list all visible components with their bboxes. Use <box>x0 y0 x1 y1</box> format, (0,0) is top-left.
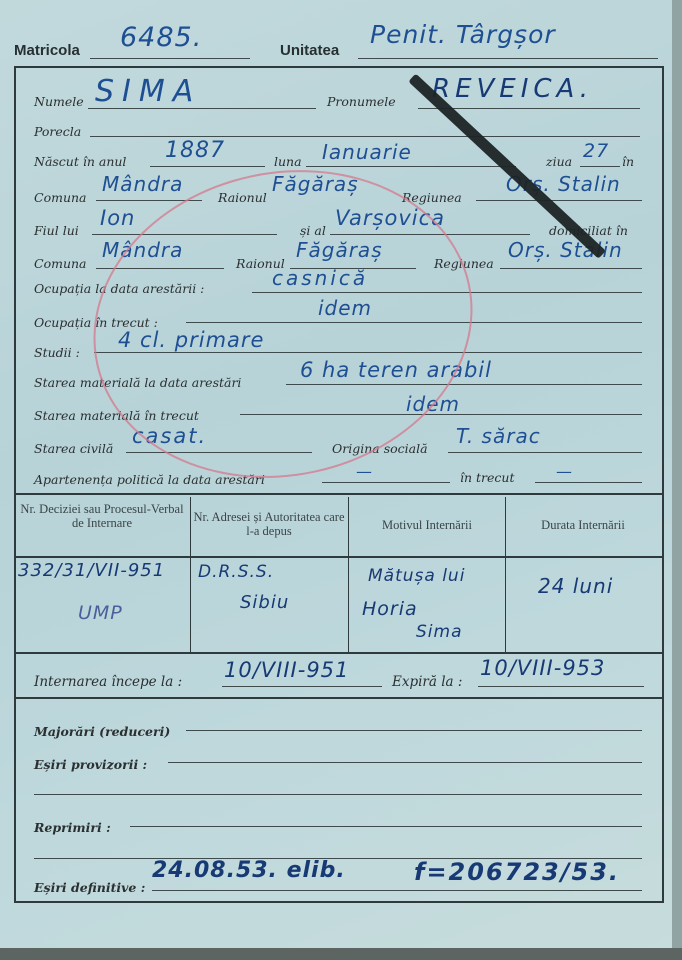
header-durata: Durata Internării <box>507 518 659 532</box>
apartenenta-trecut-value: — <box>556 462 573 481</box>
col-divider-1 <box>190 497 191 652</box>
iesiri-def-line <box>152 890 642 891</box>
porecla-label: Porecla <box>34 124 81 139</box>
regiunea-line <box>476 200 642 201</box>
unitatea-line <box>358 58 658 59</box>
header-motiv: Motivul Internării <box>350 518 504 532</box>
motiv-line2: Horia <box>362 598 418 620</box>
iesiri-def-value: 24.08.53. elib. <box>152 858 346 883</box>
header-adresa: Nr. Adresei și Autoritatea care l-a depu… <box>192 510 346 538</box>
unitatea-label: Unitatea <box>280 42 339 59</box>
apartenenta-trecut-label: în trecut <box>460 470 515 485</box>
in-label: în <box>622 154 634 169</box>
reprimiri-line <box>130 826 642 827</box>
luna-line <box>306 166 516 167</box>
incepe-label: Internarea începe la : <box>34 674 182 690</box>
expira-line <box>478 686 644 687</box>
nascut-value: 1887 <box>165 138 225 163</box>
expira-value: 10/VIII-953 <box>480 656 605 680</box>
numele-value: SIMA <box>95 74 201 109</box>
iesiri-def-ref: f=206723/53. <box>414 858 620 886</box>
luna-value: Ianuarie <box>322 140 412 164</box>
header-decizie: Nr. Deciziei sau Procesul-Verbal de Inte… <box>16 502 188 530</box>
majorari-label: Majorări (reduceri) <box>34 724 170 739</box>
ziua-label: ziua <box>546 154 572 169</box>
dom-regiunea-value: Orș. Stalin <box>508 238 623 262</box>
luna-label: luna <box>274 154 302 169</box>
matricola-line <box>90 58 250 59</box>
incepe-value: 10/VIII-951 <box>224 658 349 682</box>
iesiri-prov-line <box>168 762 642 763</box>
iesiri-def-label: Eșiri definitive : <box>34 880 145 895</box>
fiul-label: Fiul lui <box>34 223 79 238</box>
origina-value: T. sărac <box>456 424 541 448</box>
iesiri-prov-label: Eșiri provizorii : <box>34 757 147 772</box>
table-header-divider <box>14 556 664 558</box>
ziua-line <box>580 166 620 167</box>
origina-line <box>448 452 642 453</box>
nascut-line <box>150 166 265 167</box>
matricola-label: Matricola <box>14 42 80 59</box>
porecla-line <box>90 136 640 137</box>
motiv-line3: Sima <box>416 622 463 642</box>
numele-label: Numele <box>34 94 84 109</box>
pronumele-value: REVEICA. <box>432 74 593 104</box>
unitatea-value: Penit. Târgșor <box>370 20 556 49</box>
studii-label: Studii : <box>34 345 80 360</box>
dom-comuna-label: Comuna <box>34 256 87 271</box>
reprimiri-label: Reprimiri : <box>34 820 111 835</box>
comuna-value: Mândra <box>102 172 183 196</box>
card-edge-shadow <box>672 0 682 960</box>
majorari-line <box>186 730 642 731</box>
expira-label: Expiră la : <box>392 674 462 690</box>
stare-civila-label: Starea civilă <box>34 441 113 456</box>
adresa-authority: D.R.S.S. <box>198 562 274 582</box>
apartenenta-value: — <box>356 462 373 481</box>
pronumele-label: Pronumele <box>327 94 396 109</box>
durata-value: 24 luni <box>538 574 613 598</box>
decizie-ump: UMP <box>78 602 123 624</box>
apartenenta-line <box>322 482 450 483</box>
nascut-label: Născut în anul <box>34 154 126 169</box>
fiul-value: Ion <box>100 206 135 230</box>
incepe-line <box>222 686 382 687</box>
ziua-value: 27 <box>583 140 609 162</box>
matricola-value: 6485. <box>120 22 202 53</box>
col-divider-2 <box>348 497 349 652</box>
iesiri-prov-line-2 <box>34 794 642 795</box>
dom-regiunea-line <box>500 268 642 269</box>
col-divider-3 <box>505 497 506 652</box>
adresa-city: Sibiu <box>240 592 289 613</box>
motiv-line1: Mătușa lui <box>368 566 465 586</box>
decizie-number: 332/31/VII-951 <box>18 560 165 581</box>
apartenenta-trecut-line <box>535 482 642 483</box>
background-surface <box>0 948 682 960</box>
comuna-label: Comuna <box>34 190 87 205</box>
